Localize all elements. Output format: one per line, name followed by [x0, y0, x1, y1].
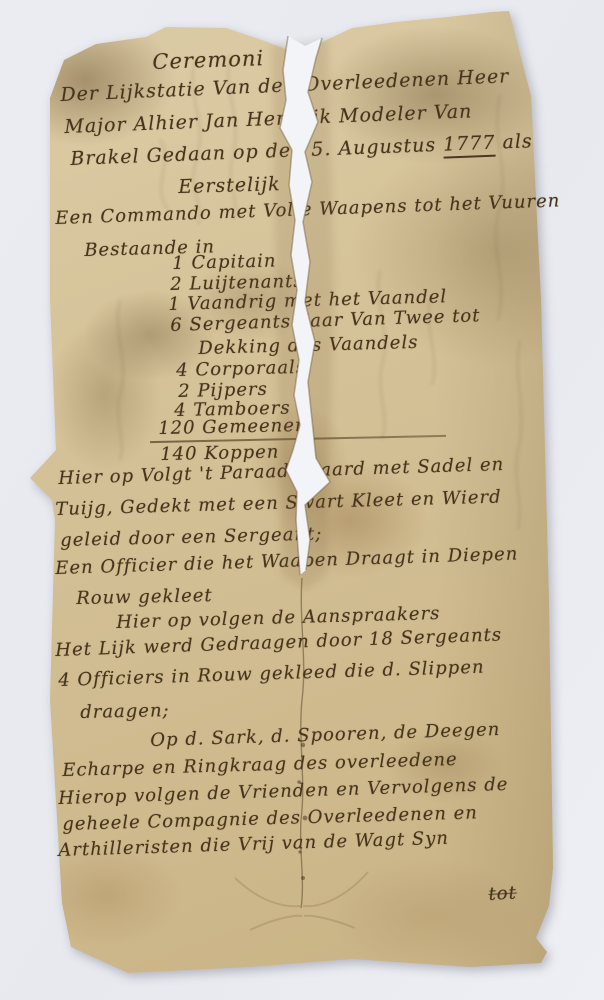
body-line: draagen; [80, 700, 170, 723]
muster-row: 1 Capitain [172, 250, 277, 274]
muster-count: 120 [158, 417, 196, 439]
body-line: Rouw gekleet [76, 585, 213, 609]
date-year: 1777 [443, 132, 496, 159]
muster-row: 4 Corporaals [176, 357, 306, 381]
header-line-4: Eerstelijk [178, 173, 281, 198]
muster-total-count: 140 [160, 443, 198, 465]
muster-count: 6 [170, 315, 183, 336]
date-line-suffix: als [495, 130, 533, 153]
scanned-manuscript-page: { "palette": { "scanner_background": "#e… [0, 0, 604, 1000]
muster-count: 1 [168, 294, 181, 315]
catchword: tot [488, 883, 517, 905]
muster-count: 4 [176, 360, 189, 381]
manuscript-title: Ceremoni [152, 46, 265, 74]
muster-label: Gemeenen [202, 415, 308, 438]
muster-label: Capitain [191, 250, 277, 273]
muster-row: 120 Gemeenen [158, 415, 308, 439]
muster-count: 1 [172, 253, 185, 274]
muster-label: Corporaals [195, 357, 306, 381]
muster-count: 2 [170, 274, 183, 295]
